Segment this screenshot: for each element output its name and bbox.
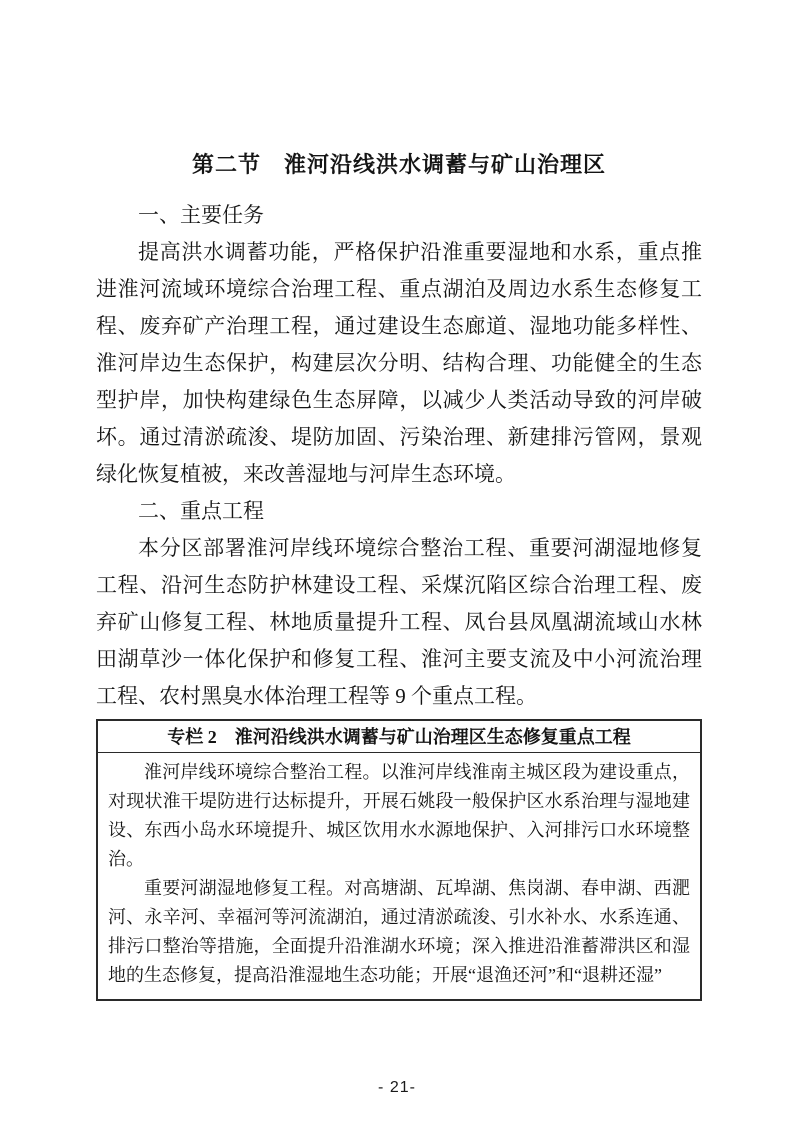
- callout-box-body: 淮河岸线环境综合整治工程。以淮河岸线淮南主城区段为建设重点，对现状淮干堤防进行达…: [98, 753, 700, 999]
- callout-box: 专栏 2 淮河沿线洪水调蓄与矿山治理区生态修复重点工程 淮河岸线环境综合整治工程…: [96, 719, 702, 1001]
- heading-key-projects: 二、重点工程: [96, 493, 702, 530]
- page-number: - 21-: [0, 1079, 794, 1097]
- callout-paragraph-wetland-restoration: 重要河湖湿地修复工程。对高塘湖、瓦埠湖、焦岗湖、春申湖、西淝河、永辛河、幸福河等…: [108, 874, 690, 990]
- paragraph-key-projects: 本分区部署淮河岸线环境综合整治工程、重要河湖湿地修复工程、沿河生态防护林建设工程…: [96, 530, 702, 715]
- callout-box-title: 专栏 2 淮河沿线洪水调蓄与矿山治理区生态修复重点工程: [98, 721, 700, 753]
- document-page: 第二节 淮河沿线洪水调蓄与矿山治理区 一、主要任务 提高洪水调蓄功能，严格保护沿…: [0, 0, 794, 1123]
- callout-paragraph-shoreline-remediation: 淮河岸线环境综合整治工程。以淮河岸线淮南主城区段为建设重点，对现状淮干堤防进行达…: [108, 758, 690, 874]
- heading-main-tasks: 一、主要任务: [96, 197, 702, 234]
- section-title: 第二节 淮河沿线洪水调蓄与矿山治理区: [96, 150, 702, 180]
- paragraph-main-tasks: 提高洪水调蓄功能，严格保护沿淮重要湿地和水系，重点推进淮河流域环境综合治理工程、…: [96, 234, 702, 493]
- page-content: 第二节 淮河沿线洪水调蓄与矿山治理区 一、主要任务 提高洪水调蓄功能，严格保护沿…: [96, 150, 702, 1001]
